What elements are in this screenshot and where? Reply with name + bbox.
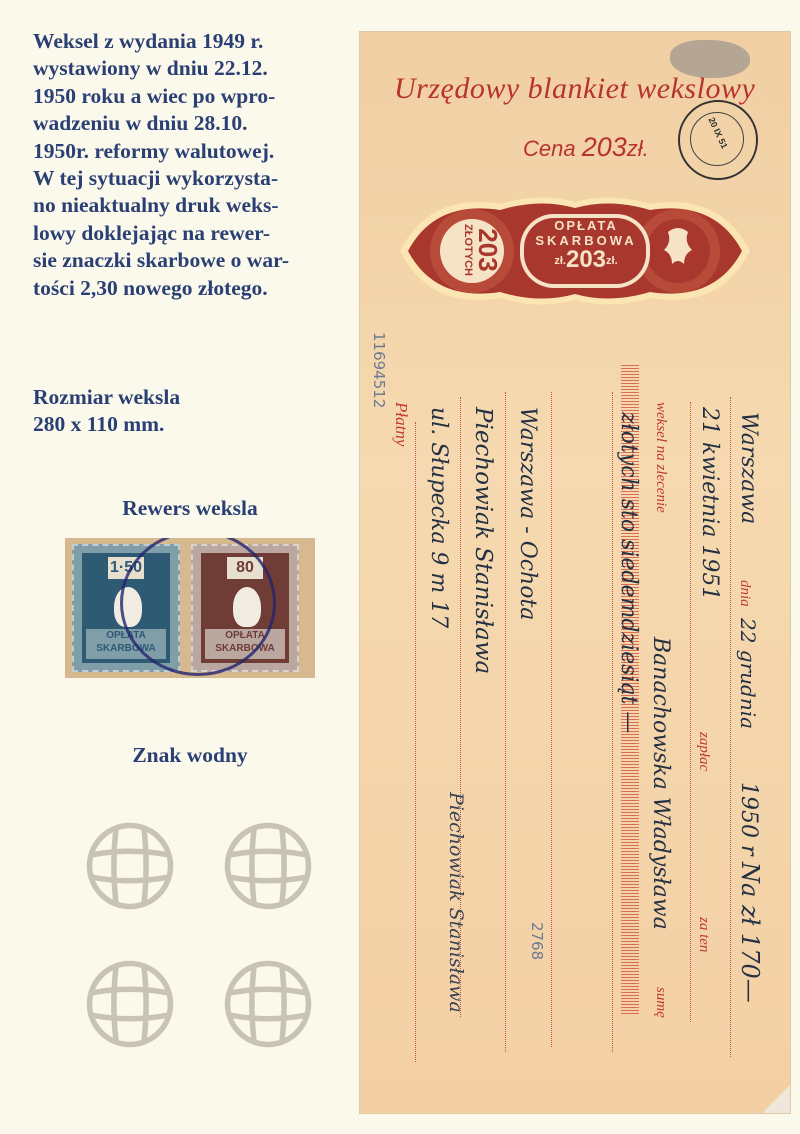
amount-numeric: Na zł 170—	[736, 862, 764, 1003]
watermark-caption: Znak wodny	[60, 743, 320, 768]
tax-center-text: OPŁATA SKARBOWA zł.203zł.	[528, 218, 644, 284]
reverse-caption: Rewers weksla	[60, 496, 320, 521]
bill-price: Cena 203zł.	[523, 132, 649, 163]
pko-postmark: 20 IX 51	[678, 100, 758, 180]
issue-year: 1950 r	[736, 782, 761, 856]
margin-number: 11694512	[370, 332, 388, 408]
bill-form: 11694512 Płatny ul. Słupecka 9 m 17 Piec…	[390, 362, 790, 1092]
drawee-address: ul. Słupecka 9 m 17	[426, 407, 451, 628]
watermark-symbol-icon	[222, 820, 314, 912]
drawer-signature: Piechowiak Stanisława	[445, 792, 467, 1013]
watermark-symbol-icon	[84, 958, 176, 1050]
label-sume: sumę	[652, 987, 669, 1018]
due-date: 21 kwietnia 1951	[697, 407, 722, 600]
bill-size-note: Rozmiar weksla 280 x 110 mm.	[33, 384, 333, 439]
watermark-symbol-icon	[84, 820, 176, 912]
tax-left-value: 203 ZŁOTYCH	[442, 220, 502, 280]
price-label: Cena	[523, 136, 576, 161]
reference-number: 2768	[528, 922, 546, 960]
issue-day-month: 22 grudnia	[736, 618, 760, 729]
issue-place: Warszawa	[736, 412, 761, 524]
label-dnia: dnia	[736, 580, 753, 607]
watermark-symbol-icon	[222, 958, 314, 1050]
reverse-stamps-image: 1·50 OPŁATA SKARBOWA 80 OPŁATA SKARBOWA	[65, 538, 315, 678]
drawee-place: Warszawa - Ochota	[515, 407, 540, 620]
label-zaplac: zapłac	[695, 732, 712, 771]
label-weksel-na-zlecenie: weksel na zlecenie	[652, 402, 669, 513]
price-value: 203	[582, 132, 627, 162]
bill-of-exchange: Urzędowy blankiet wekslowy Cena 203zł. 2…	[360, 32, 790, 1113]
amount-in-words: złotych sto siedemdziesiąt —	[616, 412, 641, 733]
mount-corner	[764, 1083, 790, 1113]
label-platny: Płatny	[391, 402, 411, 446]
payee-name: Banachowska Władysława	[648, 637, 673, 930]
drawee-name: Piechowiak Stanisława	[470, 407, 496, 674]
price-unit: zł.	[627, 136, 649, 161]
label-za-ten: za ten	[695, 917, 712, 952]
description-text: Weksel z wydania 1949 r. wystawiony w dn…	[33, 28, 363, 302]
tax-stamp-ornament: 203 ZŁOTYCH OPŁATA SKARBOWA zł.203zł.	[390, 192, 760, 310]
